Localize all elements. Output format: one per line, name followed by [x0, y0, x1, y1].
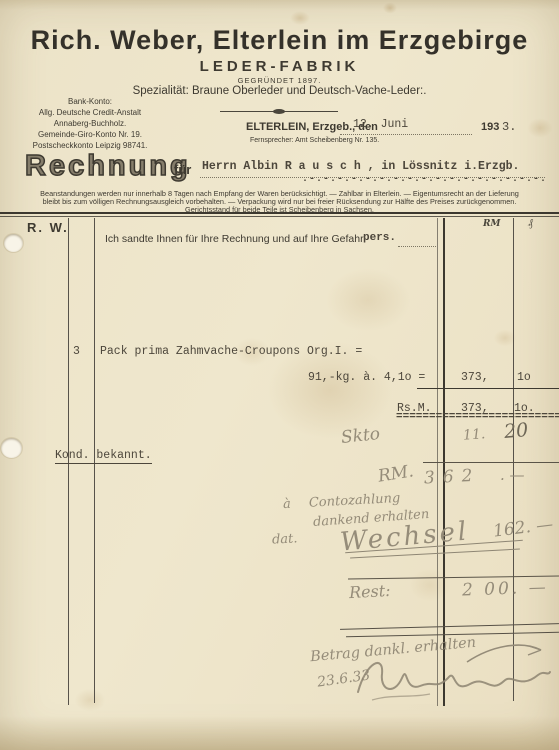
- preprinted-consignment-line: Ich sandte Ihnen für Ihre Rechnung und a…: [105, 233, 364, 245]
- bank-line: Gemeinde-Giro-Konto Nr. 19.: [6, 129, 174, 140]
- closing-rule-1: [340, 623, 559, 630]
- signature-scribble: [352, 648, 552, 706]
- net-dash-handwritten: . —: [500, 466, 525, 484]
- typed-double-rule: ==============================: [396, 411, 559, 423]
- column-header-rm: RM: [483, 219, 500, 229]
- recipient-typed: Herrn Albin R a u s c h , in Lössnitz i.…: [202, 160, 519, 173]
- bank-label: Bank-Konto:: [6, 96, 174, 107]
- skonto-pf-handwritten: 20: [503, 419, 529, 443]
- skonto-rm-handwritten: 11.: [462, 426, 485, 444]
- skonto-separator-line: [423, 462, 559, 463]
- rest-label-handwritten: Rest:: [349, 581, 391, 602]
- item-calculation: 91,-kg. à. 4,1o =: [308, 371, 425, 384]
- business-type: LEDER-FABRIK: [0, 58, 559, 75]
- punch-hole-top: [4, 234, 23, 252]
- rest-amount-handwritten: 2 00. —: [462, 577, 549, 600]
- net-amount-handwritten: 362: [424, 466, 481, 489]
- item-qty: 3: [73, 345, 80, 358]
- item-amount-pf: 1o: [517, 371, 531, 384]
- leader-dots: [398, 245, 436, 247]
- top-rule-thin: [0, 216, 559, 217]
- typed-addition: pers.: [363, 232, 396, 244]
- bank-line: Annaberg-Buchholz.: [6, 118, 174, 129]
- top-rule-thick: [0, 212, 559, 214]
- form-initials: R. W.: [27, 220, 69, 235]
- date-dotted-line: [340, 133, 472, 135]
- bank-block: Bank-Konto: Allg. Deutsche Credit-Anstal…: [6, 96, 174, 151]
- phone-line: Fernsprecher: Amt Scheibenberg Nr. 135.: [250, 137, 379, 144]
- condition-note: Kond. bekannt.: [55, 449, 152, 464]
- net-label-handwritten: RM.: [377, 461, 415, 486]
- part-payment-line3: dat.: [272, 531, 298, 547]
- part-payment-line1: à Contozahlung: [283, 491, 401, 512]
- item-amount-rm: 373,: [461, 371, 489, 384]
- founded-line: GEGRÜNDET 1897.: [0, 76, 559, 85]
- recipient-underline-typed: .-.-.-.-.-.-.-.-.-.-.-.-.-.-.-.-.-.-.-.-…: [302, 174, 545, 185]
- skonto-label-handwritten: Skto: [340, 424, 381, 448]
- company-name: Rich. Weber, Elterlein im Erzgebirge: [0, 25, 559, 56]
- part-payment-amount: 162. —: [492, 514, 554, 541]
- invoice-title: Rechnung: [25, 150, 191, 183]
- punch-hole-bottom: [1, 438, 22, 458]
- year-typed: 3.: [502, 120, 516, 134]
- bank-line: Allg. Deutsche Credit-Anstalt: [6, 107, 174, 118]
- ornament-divider: [220, 109, 338, 114]
- invoice-sheet: Rich. Weber, Elterlein im Erzgebirge LED…: [0, 0, 559, 750]
- item-description: Pack prima Zahmvache-Croupons Org.I. =: [100, 345, 362, 358]
- pfennig-column-line: [513, 218, 514, 701]
- column-header-pfennig: ₰: [528, 218, 533, 229]
- sum-rule: [417, 388, 559, 389]
- for-label: für: [174, 162, 191, 177]
- date-typed: 12. Juni: [353, 118, 408, 131]
- year-printed: 193: [481, 121, 499, 133]
